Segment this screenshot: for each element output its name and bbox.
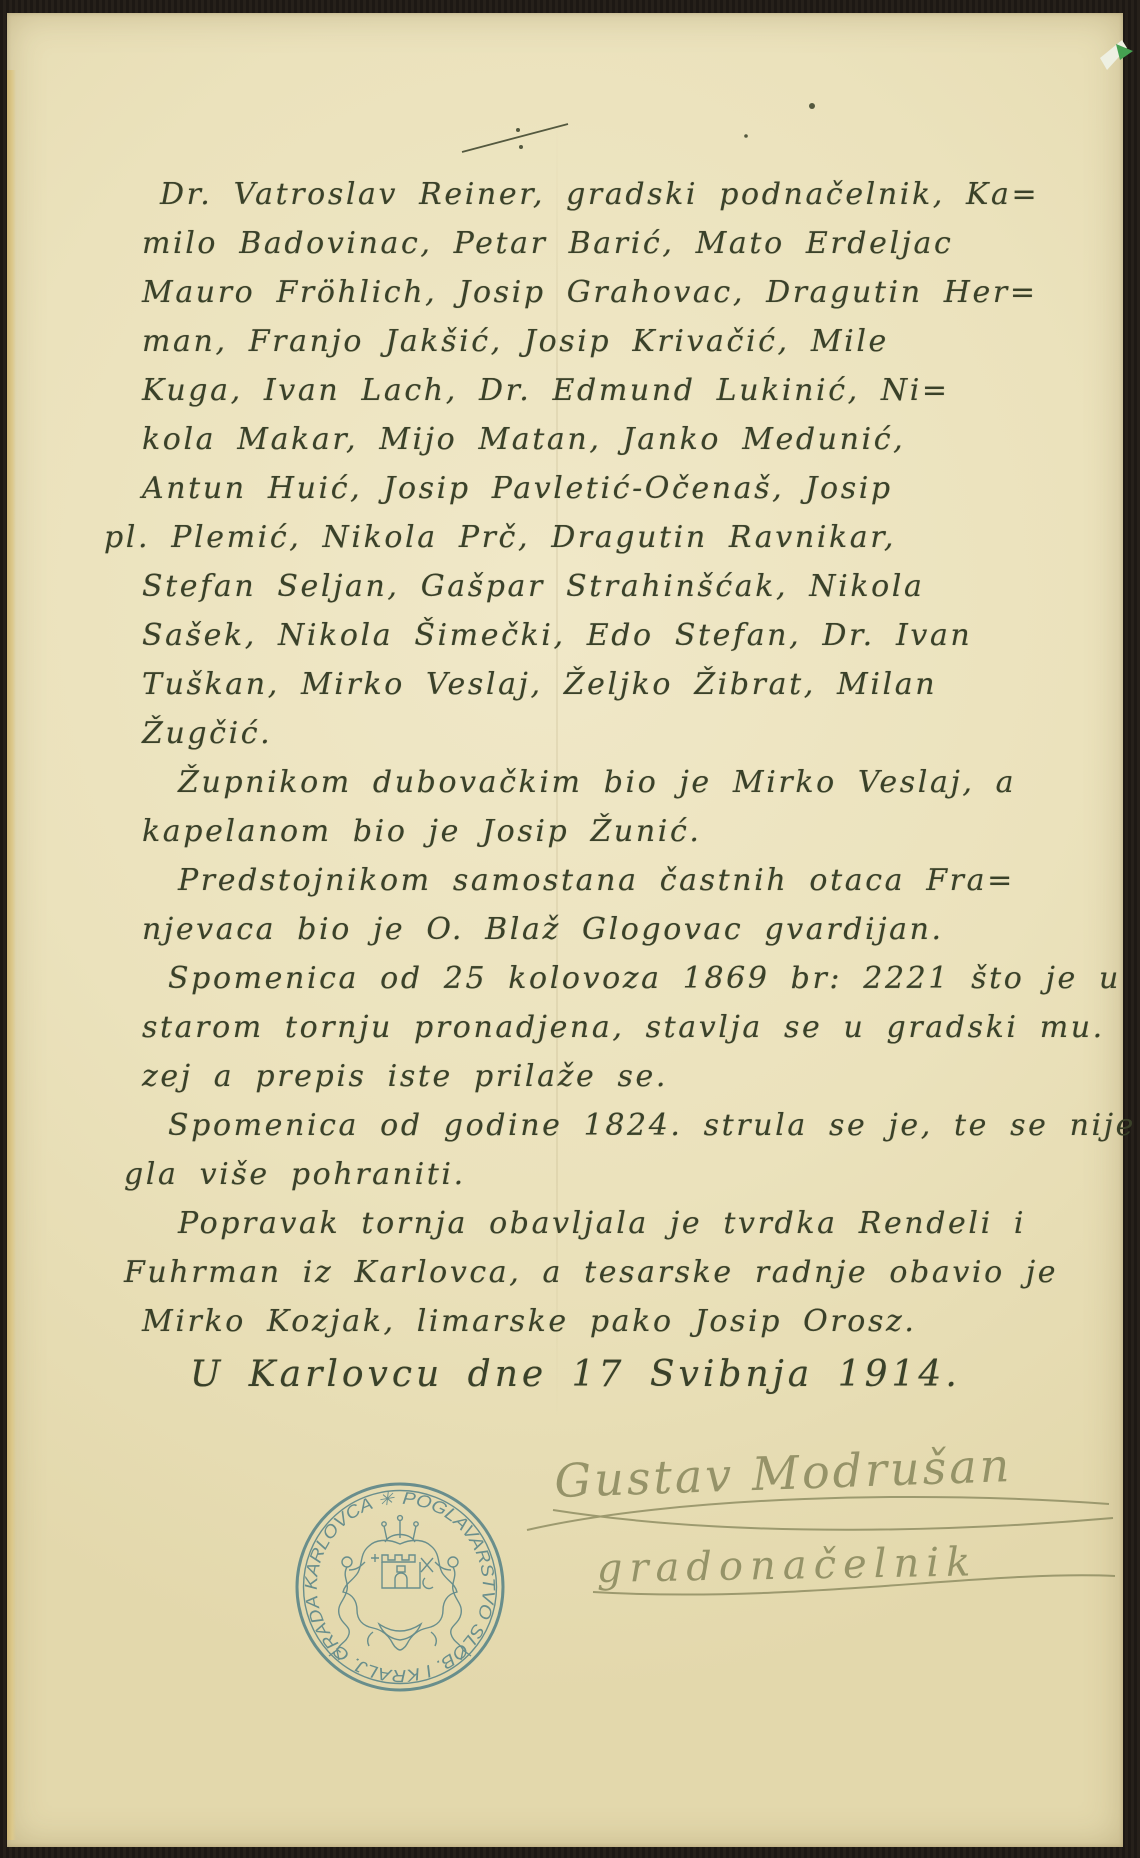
reference-mark	[440, 90, 840, 170]
manuscript-line: Mauro Fröhlich, Josip Grahovac, Dragutin…	[0, 268, 1140, 317]
manuscript-line: Spomenica od godine 1824. strula se je, …	[0, 1101, 1140, 1150]
manuscript-line: Sašek, Nikola Šimečki, Edo Stefan, Dr. I…	[0, 611, 1140, 660]
manuscript-line: zej a prepis iste prilaže se.	[0, 1052, 1140, 1101]
official-stamp: POGLAVARSTVO SLOB. I KRALJ. GRADA KARLOV…	[287, 1474, 513, 1700]
manuscript-line: Dr. Vatroslav Reiner, gradski podnačelni…	[0, 170, 1140, 219]
manuscript-line: Popravak tornja obavljala je tvrdka Rend…	[0, 1199, 1140, 1248]
stamp-inscription: POGLAVARSTVO SLOB. I KRALJ. GRADA KARLOV…	[301, 1488, 499, 1686]
manuscript-line: gla više pohraniti.	[0, 1150, 1140, 1199]
svg-text:POGLAVARSTVO SLOB. I KRALJ. GR: POGLAVARSTVO SLOB. I KRALJ. GRADA KARLOV…	[301, 1488, 499, 1686]
manuscript-line: starom tornju pronadjena, stavlja se u g…	[0, 1003, 1140, 1052]
manuscript-line: kola Makar, Mijo Matan, Janko Medunić,	[0, 415, 1140, 464]
bookmark-ribbon	[1094, 36, 1136, 84]
signature-block: Gustav Modrušan gradonačelnik	[505, 1412, 1125, 1612]
coat-of-arms	[329, 1516, 471, 1660]
manuscript-line: man, Franjo Jakšić, Josip Krivačić, Mile	[0, 317, 1140, 366]
manuscript-text: Dr. Vatroslav Reiner, gradski podnačelni…	[0, 170, 1140, 1404]
manuscript-line: milo Badovinac, Petar Barić, Mato Erdelj…	[0, 219, 1140, 268]
manuscript-line: Spomenica od 25 kolovoza 1869 br: 2221 š…	[0, 954, 1140, 1003]
photographed-manuscript: Dr. Vatroslav Reiner, gradski podnačelni…	[0, 0, 1140, 1858]
manuscript-line: njevaca bio je O. Blaž Glogovac gvardija…	[0, 905, 1140, 954]
manuscript-line: Tuškan, Mirko Veslaj, Željko Žibrat, Mil…	[0, 660, 1140, 709]
manuscript-line: Fuhrman iz Karlovca, a tesarske radnje o…	[0, 1248, 1140, 1297]
manuscript-line: Mirko Kozjak, limarske pako Josip Orosz.	[0, 1297, 1140, 1346]
manuscript-line: kapelanom bio je Josip Žunić.	[0, 807, 1140, 856]
manuscript-line: Kuga, Ivan Lach, Dr. Edmund Lukinić, Ni=	[0, 366, 1140, 415]
manuscript-line: pl. Plemić, Nikola Prč, Dragutin Ravnika…	[0, 513, 1140, 562]
manuscript-line: Stefan Seljan, Gašpar Strahinšćak, Nikol…	[0, 562, 1140, 611]
manuscript-line: Predstojnikom samostana častnih otaca Fr…	[0, 856, 1140, 905]
manuscript-line: Žugčić.	[0, 709, 1140, 758]
manuscript-line: Župnikom dubovačkim bio je Mirko Veslaj,…	[0, 758, 1140, 807]
manuscript-date-line: U Karlovcu dne 17 Svibnja 1914.	[0, 1346, 1140, 1404]
manuscript-line: Antun Huić, Josip Pavletić-Očenaš, Josip	[0, 464, 1140, 513]
